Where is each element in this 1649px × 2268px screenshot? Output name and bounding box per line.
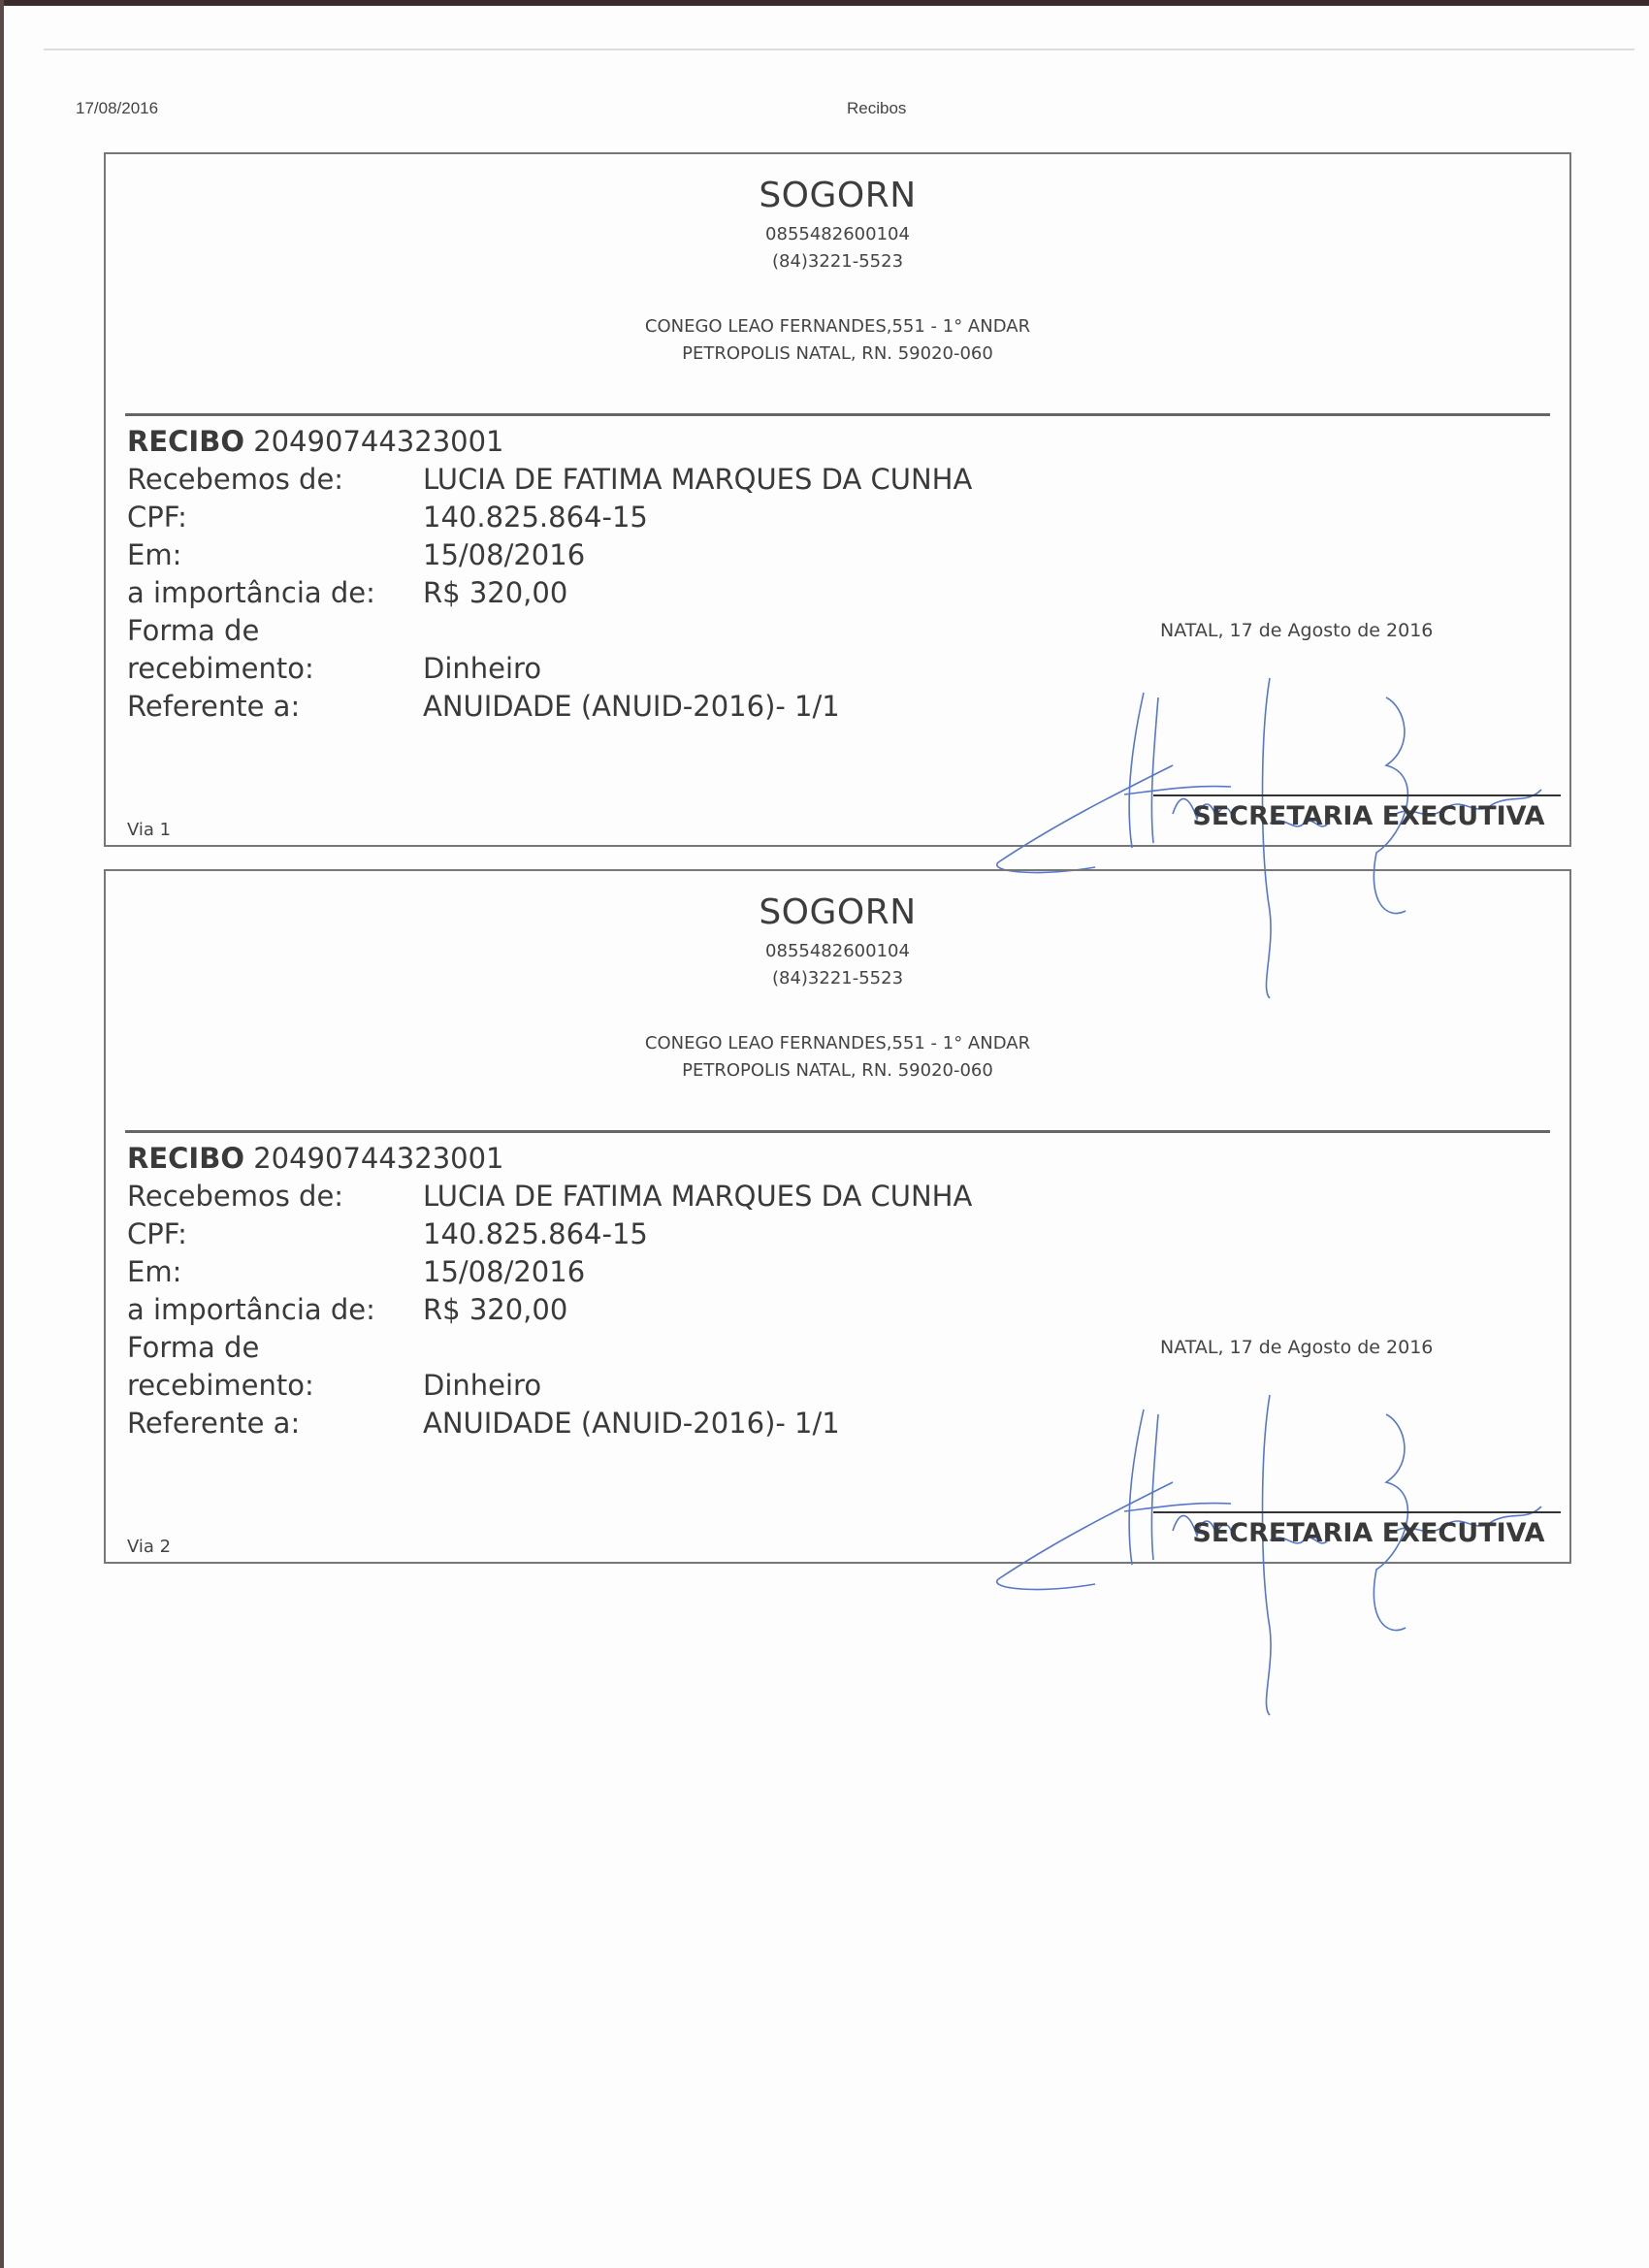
recibo-row: RECIBO 20490744323001 <box>127 423 972 461</box>
org-cnpj: 0855482600104 <box>106 224 1569 244</box>
field-row: Em:15/08/2016 <box>127 536 972 574</box>
recibo-label: RECIBO <box>127 423 244 461</box>
field-value: ANUIDADE (ANUID-2016)- 1/1 <box>423 688 840 726</box>
field-value: 140.825.864-15 <box>423 1215 648 1253</box>
org-address-line2: PETROPOLIS NATAL, RN. 59020-060 <box>106 343 1569 364</box>
field-row: Recebemos de:LUCIA DE FATIMA MARQUES DA … <box>127 461 972 499</box>
field-label: a importância de: <box>127 574 423 612</box>
field-label: CPF: <box>127 1215 423 1253</box>
field-value: Dinheiro <box>423 1367 541 1405</box>
receipt-via-2: SOGORN0855482600104(84)3221-5523CONEGO L… <box>104 869 1571 1564</box>
org-phone: (84)3221-5523 <box>106 251 1569 272</box>
field-label: Em: <box>127 1253 423 1291</box>
field-row: recebimento:Dinheiro <box>127 1367 972 1405</box>
field-row: a importância de:R$ 320,00 <box>127 1291 972 1329</box>
recibo-row: RECIBO 20490744323001 <box>127 1140 972 1178</box>
recibo-label: RECIBO <box>127 1140 244 1178</box>
field-label: Recebemos de: <box>127 1178 423 1215</box>
field-label: Referente a: <box>127 1405 423 1442</box>
field-label: a importância de: <box>127 1291 423 1329</box>
field-row: Referente a:ANUIDADE (ANUID-2016)- 1/1 <box>127 688 972 726</box>
scan-edge-top <box>0 0 1649 6</box>
field-row: recebimento:Dinheiro <box>127 650 972 688</box>
field-value: 15/08/2016 <box>423 1253 585 1291</box>
field-row: CPF:140.825.864-15 <box>127 499 972 536</box>
field-label: Forma de <box>127 612 423 650</box>
place-date: NATAL, 17 de Agosto de 2016 <box>1160 1337 1433 1358</box>
org-name: SOGORN <box>106 892 1569 932</box>
org-address-line1: CONEGO LEAO FERNANDES,551 - 1° ANDAR <box>106 1033 1569 1053</box>
divider <box>125 413 1550 416</box>
signature-line <box>1153 1511 1561 1513</box>
signature-role: SECRETARIA EXECUTIVA <box>1126 801 1611 831</box>
field-row: CPF:140.825.864-15 <box>127 1215 972 1253</box>
org-name: SOGORN <box>106 176 1569 215</box>
field-value: R$ 320,00 <box>423 1291 567 1329</box>
via-label: Via 2 <box>127 1537 171 1557</box>
field-value: 15/08/2016 <box>423 536 585 574</box>
field-label: Forma de <box>127 1329 423 1367</box>
field-label: recebimento: <box>127 650 423 688</box>
print-title: Recibos <box>847 99 906 118</box>
field-value: LUCIA DE FATIMA MARQUES DA CUNHA <box>423 1178 972 1215</box>
receipt-via-1: SOGORN0855482600104(84)3221-5523CONEGO L… <box>104 152 1571 847</box>
field-label: CPF: <box>127 499 423 536</box>
field-value: Dinheiro <box>423 650 541 688</box>
field-row: Forma de <box>127 1329 972 1367</box>
handwritten-signature <box>979 1395 1638 1725</box>
field-value: ANUIDADE (ANUID-2016)- 1/1 <box>423 1405 840 1442</box>
signature-role: SECRETARIA EXECUTIVA <box>1126 1518 1611 1548</box>
receipt-fields: RECIBO 20490744323001Recebemos de:LUCIA … <box>127 1140 972 1442</box>
field-value: LUCIA DE FATIMA MARQUES DA CUNHA <box>423 461 972 499</box>
field-value: R$ 320,00 <box>423 574 567 612</box>
divider <box>125 1130 1550 1133</box>
field-row: Referente a:ANUIDADE (ANUID-2016)- 1/1 <box>127 1405 972 1442</box>
recibo-number: 20490744323001 <box>253 1140 503 1178</box>
scan-artifact-line <box>44 49 1634 50</box>
field-label: recebimento: <box>127 1367 423 1405</box>
field-row: a importância de:R$ 320,00 <box>127 574 972 612</box>
place-date: NATAL, 17 de Agosto de 2016 <box>1160 620 1433 641</box>
scanned-page: 17/08/2016 Recibos SOGORN0855482600104(8… <box>0 0 1649 2268</box>
org-cnpj: 0855482600104 <box>106 941 1569 961</box>
org-address-line1: CONEGO LEAO FERNANDES,551 - 1° ANDAR <box>106 316 1569 337</box>
field-value: 140.825.864-15 <box>423 499 648 536</box>
scan-edge-left <box>0 0 4 2268</box>
print-date: 17/08/2016 <box>76 99 158 118</box>
field-label: Referente a: <box>127 688 423 726</box>
recibo-number: 20490744323001 <box>253 423 503 461</box>
field-label: Recebemos de: <box>127 461 423 499</box>
field-label: Em: <box>127 536 423 574</box>
receipt-fields: RECIBO 20490744323001Recebemos de:LUCIA … <box>127 423 972 726</box>
field-row: Em:15/08/2016 <box>127 1253 972 1291</box>
signature-line <box>1153 794 1561 796</box>
via-label: Via 1 <box>127 820 171 840</box>
field-row: Forma de <box>127 612 972 650</box>
org-phone: (84)3221-5523 <box>106 968 1569 988</box>
field-row: Recebemos de:LUCIA DE FATIMA MARQUES DA … <box>127 1178 972 1215</box>
org-address-line2: PETROPOLIS NATAL, RN. 59020-060 <box>106 1060 1569 1081</box>
